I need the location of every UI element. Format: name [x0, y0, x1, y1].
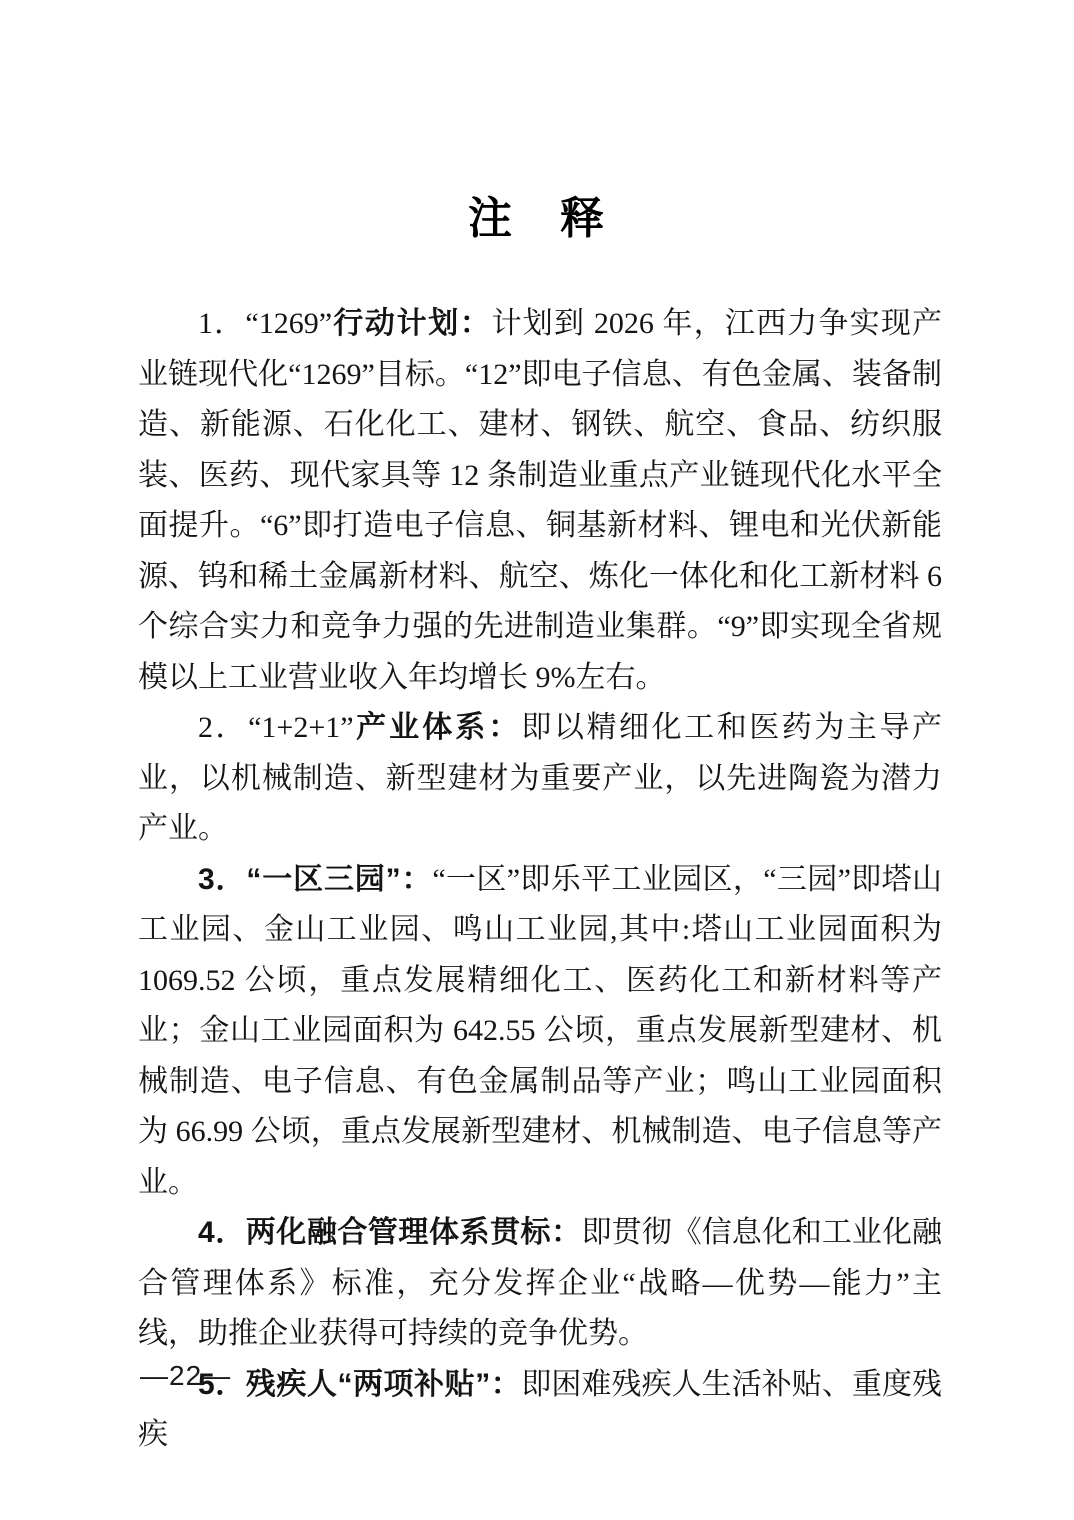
note-term: 4．两化融合管理体系贯标：	[198, 1216, 582, 1249]
note-paragraph-2: 2．“1+2+1”产业体系：即以精细化工和医药为主导产业，以机械制造、新型建材为…	[138, 703, 942, 855]
note-term: 行动计划：	[332, 307, 492, 340]
note-term: 5．残疾人“两项补贴”：	[198, 1368, 521, 1401]
page-title: 注 释	[0, 182, 1074, 246]
note-paragraph-1: 1．“1269”行动计划：计划到 2026 年，江西力争实现产业链现代化“126…	[138, 299, 942, 703]
note-definition: 计划到 2026 年，江西力争实现产业链现代化“1269”目标。“12”即电子信…	[138, 307, 942, 694]
note-number: 2．	[198, 711, 248, 744]
note-term: 产业体系：	[354, 711, 522, 744]
note-definition: “一区”即乐平工业园区，“三园”即塔山工业园、金山工业园、鸣山工业园,其中:塔山…	[138, 863, 942, 1199]
page-number: —22—	[140, 1360, 231, 1392]
note-quoted-term: “1+2+1”	[248, 711, 353, 744]
document-page: 注 释 1．“1269”行动计划：计划到 2026 年，江西力争实现产业链现代化…	[0, 0, 1074, 1520]
note-term: 3．“一区三园”：	[198, 863, 432, 896]
note-paragraph-4: 4．两化融合管理体系贯标：即贯彻《信息化和工业化融合管理体系》标准，充分发挥企业…	[138, 1208, 942, 1360]
note-number: 1．	[198, 307, 245, 340]
note-paragraph-5: 5．残疾人“两项补贴”：即困难残疾人生活补贴、重度残疾	[138, 1360, 942, 1461]
notes-body: 1．“1269”行动计划：计划到 2026 年，江西力争实现产业链现代化“126…	[138, 299, 942, 1461]
note-paragraph-3: 3．“一区三园”：“一区”即乐平工业园区，“三园”即塔山工业园、金山工业园、鸣山…	[138, 855, 942, 1209]
note-quoted-term: “1269”	[245, 307, 332, 340]
